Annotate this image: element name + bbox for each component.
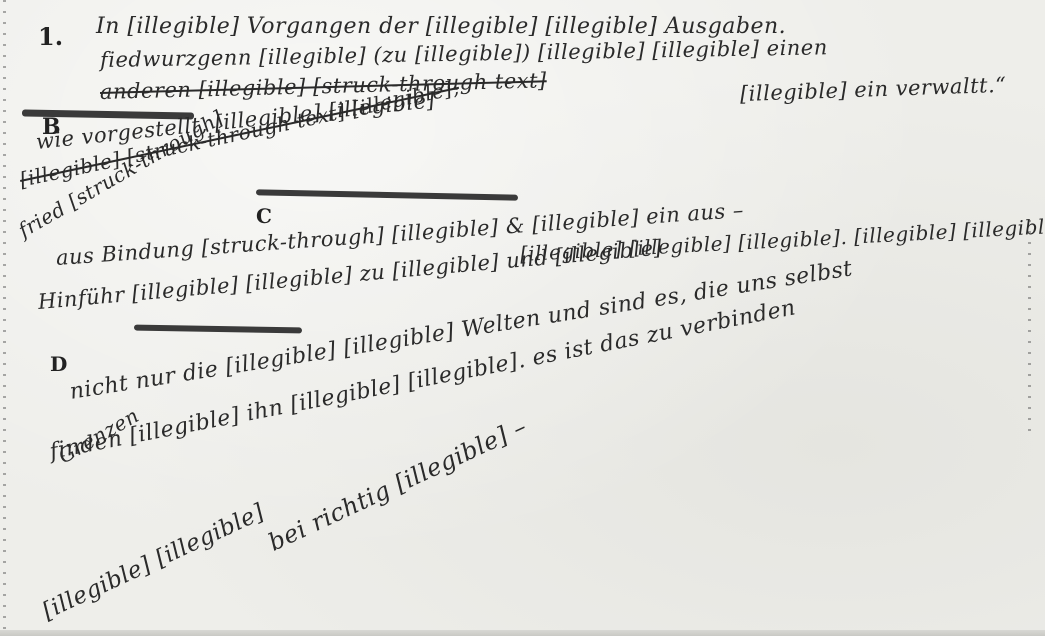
handwriting-line: In [illegible] Vorgangen der [illegible]…	[96, 14, 786, 39]
section-divider-bar	[134, 325, 302, 334]
handwriting-line: fiedwurzgenn [illegible] (zu [illegible]…	[100, 35, 828, 72]
handwriting-line: [illegible] ein verwaltt.“	[740, 73, 1007, 106]
left-edge-perforation	[3, 0, 6, 636]
right-edge-perforation	[1028, 220, 1031, 436]
handwriting-line: bei richtig [illegible] –	[264, 412, 531, 556]
section-divider-bar	[256, 189, 518, 200]
section-marker-c: C	[256, 204, 272, 228]
handwriting-line: [illegible] [illegible]	[39, 499, 269, 625]
section-marker-d: D	[50, 352, 67, 376]
bottom-edge-strip	[0, 630, 1045, 636]
manuscript-page: 1. In [illegible] Vorgangen der [illegib…	[0, 0, 1045, 636]
item-number-marker: 1.	[38, 22, 63, 51]
